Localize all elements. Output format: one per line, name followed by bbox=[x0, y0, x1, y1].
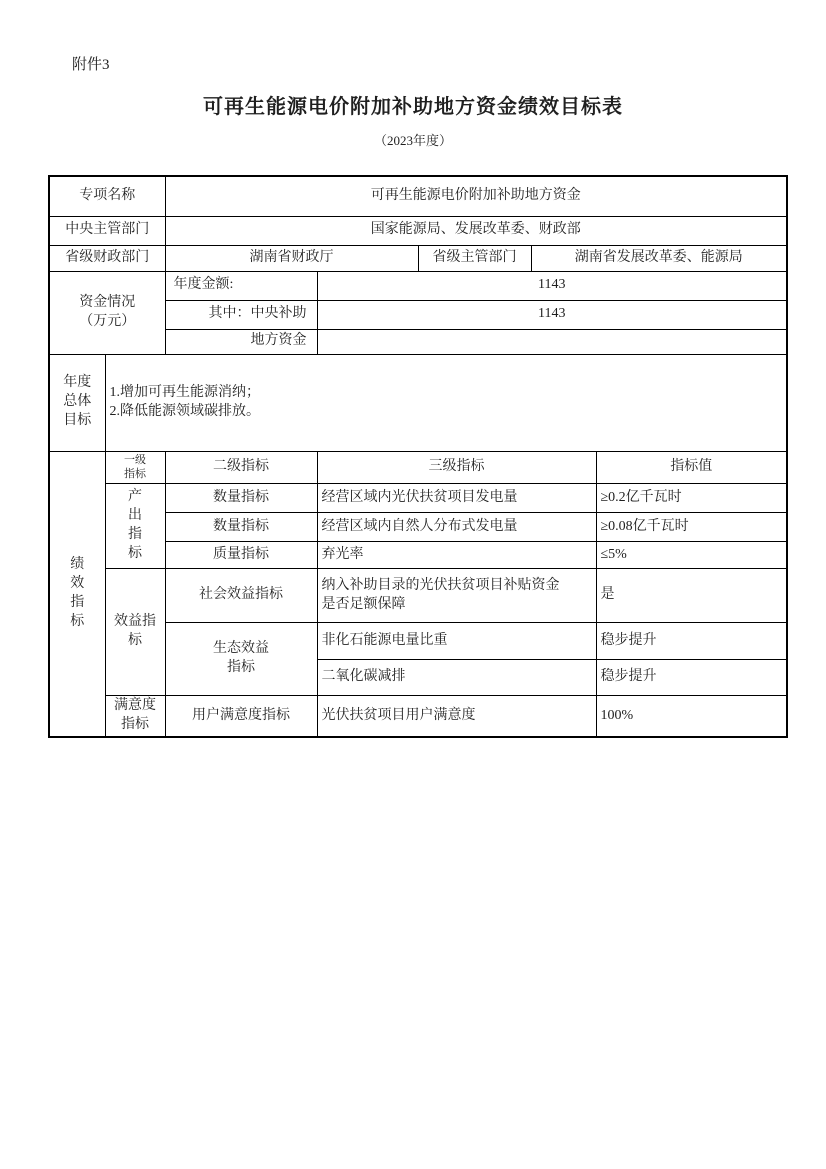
indicator-level3: 弃光率 bbox=[317, 542, 596, 569]
table-row: 绩 效 指 标 一级 指标 二级指标 三级指标 指标值 bbox=[49, 451, 787, 484]
indicator-level2: 数量指标 bbox=[165, 484, 317, 513]
funding-central-value: 1143 bbox=[317, 300, 787, 329]
header-level2: 二级指标 bbox=[165, 451, 317, 484]
indicator-level3: 经营区域内自然人分布式发电量 bbox=[317, 513, 596, 542]
table-row: 满意度 指标 用户满意度指标 光伏扶贫项目用户满意度 100% bbox=[49, 696, 787, 737]
funding-annual-label: 年度金额: bbox=[165, 271, 317, 300]
indicator-level2: 用户满意度指标 bbox=[165, 696, 317, 737]
table-row: 产 出 指 标 数量指标 经营区域内光伏扶贫项目发电量 ≥0.2亿千瓦时 bbox=[49, 484, 787, 513]
project-name-label: 专项名称 bbox=[49, 176, 165, 216]
central-dept-label: 中央主管部门 bbox=[49, 216, 165, 245]
annual-goal-content: 1.增加可再生能源消纳； 2.降低能源领域碳排放。 bbox=[105, 354, 787, 451]
indicator-level3: 非化石能源电量比重 bbox=[317, 623, 596, 660]
indicator-value: ≥0.08亿千瓦时 bbox=[596, 513, 787, 542]
funding-annual-value: 1143 bbox=[317, 271, 787, 300]
indicator-level3: 纳入补助目录的光伏扶贫项目补贴资金 是否足额保障 bbox=[317, 569, 596, 623]
provincial-finance-label: 省级财政部门 bbox=[49, 245, 165, 271]
provincial-finance-value: 湖南省财政厅 bbox=[165, 245, 418, 271]
table-row: 专项名称 可再生能源电价附加补助地方资金 bbox=[49, 176, 787, 216]
indicator-value: 100% bbox=[596, 696, 787, 737]
page-title: 可再生能源电价附加补助地方资金绩效目标表 bbox=[0, 90, 826, 119]
satisfaction-indicator-label: 满意度 指标 bbox=[105, 696, 165, 737]
indicator-level2: 数量指标 bbox=[165, 513, 317, 542]
indicator-level3: 经营区域内光伏扶贫项目发电量 bbox=[317, 484, 596, 513]
provincial-admin-value: 湖南省发展改革委、能源局 bbox=[531, 245, 787, 271]
table-row: 效益指 标 社会效益指标 纳入补助目录的光伏扶贫项目补贴资金 是否足额保障 是 bbox=[49, 569, 787, 623]
table-row: 资金情况 （万元） 年度金额: 1143 bbox=[49, 271, 787, 300]
funding-local-label: 地方资金 bbox=[165, 329, 317, 354]
performance-target-table: 专项名称 可再生能源电价附加补助地方资金 中央主管部门 国家能源局、发展改革委、… bbox=[48, 175, 788, 738]
indicator-value: ≥0.2亿千瓦时 bbox=[596, 484, 787, 513]
indicator-value: 稳步提升 bbox=[596, 623, 787, 660]
annual-goal-label: 年度 总体 目标 bbox=[49, 354, 105, 451]
indicator-level2: 社会效益指标 bbox=[165, 569, 317, 623]
performance-section-label: 绩 效 指 标 bbox=[49, 451, 105, 737]
funding-local-value bbox=[317, 329, 787, 354]
header-level3: 三级指标 bbox=[317, 451, 596, 484]
funding-central-label: 其中：中央补助 bbox=[165, 300, 317, 329]
eco-indicator-label: 生态效益 指标 bbox=[165, 623, 317, 696]
page-subtitle: （2023年度） bbox=[0, 130, 826, 149]
table-row: 省级财政部门 湖南省财政厅 省级主管部门 湖南省发展改革委、能源局 bbox=[49, 245, 787, 271]
table-row: 年度 总体 目标 1.增加可再生能源消纳； 2.降低能源领域碳排放。 bbox=[49, 354, 787, 451]
header-level1: 一级 指标 bbox=[105, 451, 165, 484]
indicator-value: ≤5% bbox=[596, 542, 787, 569]
indicator-level2: 质量指标 bbox=[165, 542, 317, 569]
indicator-level3: 二氧化碳减排 bbox=[317, 660, 596, 696]
header-value: 指标值 bbox=[596, 451, 787, 484]
document-page: 附件3 可再生能源电价附加补助地方资金绩效目标表 （2023年度） 专项名称 可… bbox=[0, 0, 826, 1169]
indicator-value: 稳步提升 bbox=[596, 660, 787, 696]
central-dept-value: 国家能源局、发展改革委、财政部 bbox=[165, 216, 787, 245]
project-name-value: 可再生能源电价附加补助地方资金 bbox=[165, 176, 787, 216]
indicator-value: 是 bbox=[596, 569, 787, 623]
attachment-label: 附件3 bbox=[72, 56, 110, 74]
output-indicator-label: 产 出 指 标 bbox=[105, 484, 165, 569]
table-row: 中央主管部门 国家能源局、发展改革委、财政部 bbox=[49, 216, 787, 245]
provincial-admin-label: 省级主管部门 bbox=[418, 245, 531, 271]
indicator-level3: 光伏扶贫项目用户满意度 bbox=[317, 696, 596, 737]
benefit-indicator-label: 效益指 标 bbox=[105, 569, 165, 696]
funding-section-label: 资金情况 （万元） bbox=[49, 271, 165, 354]
